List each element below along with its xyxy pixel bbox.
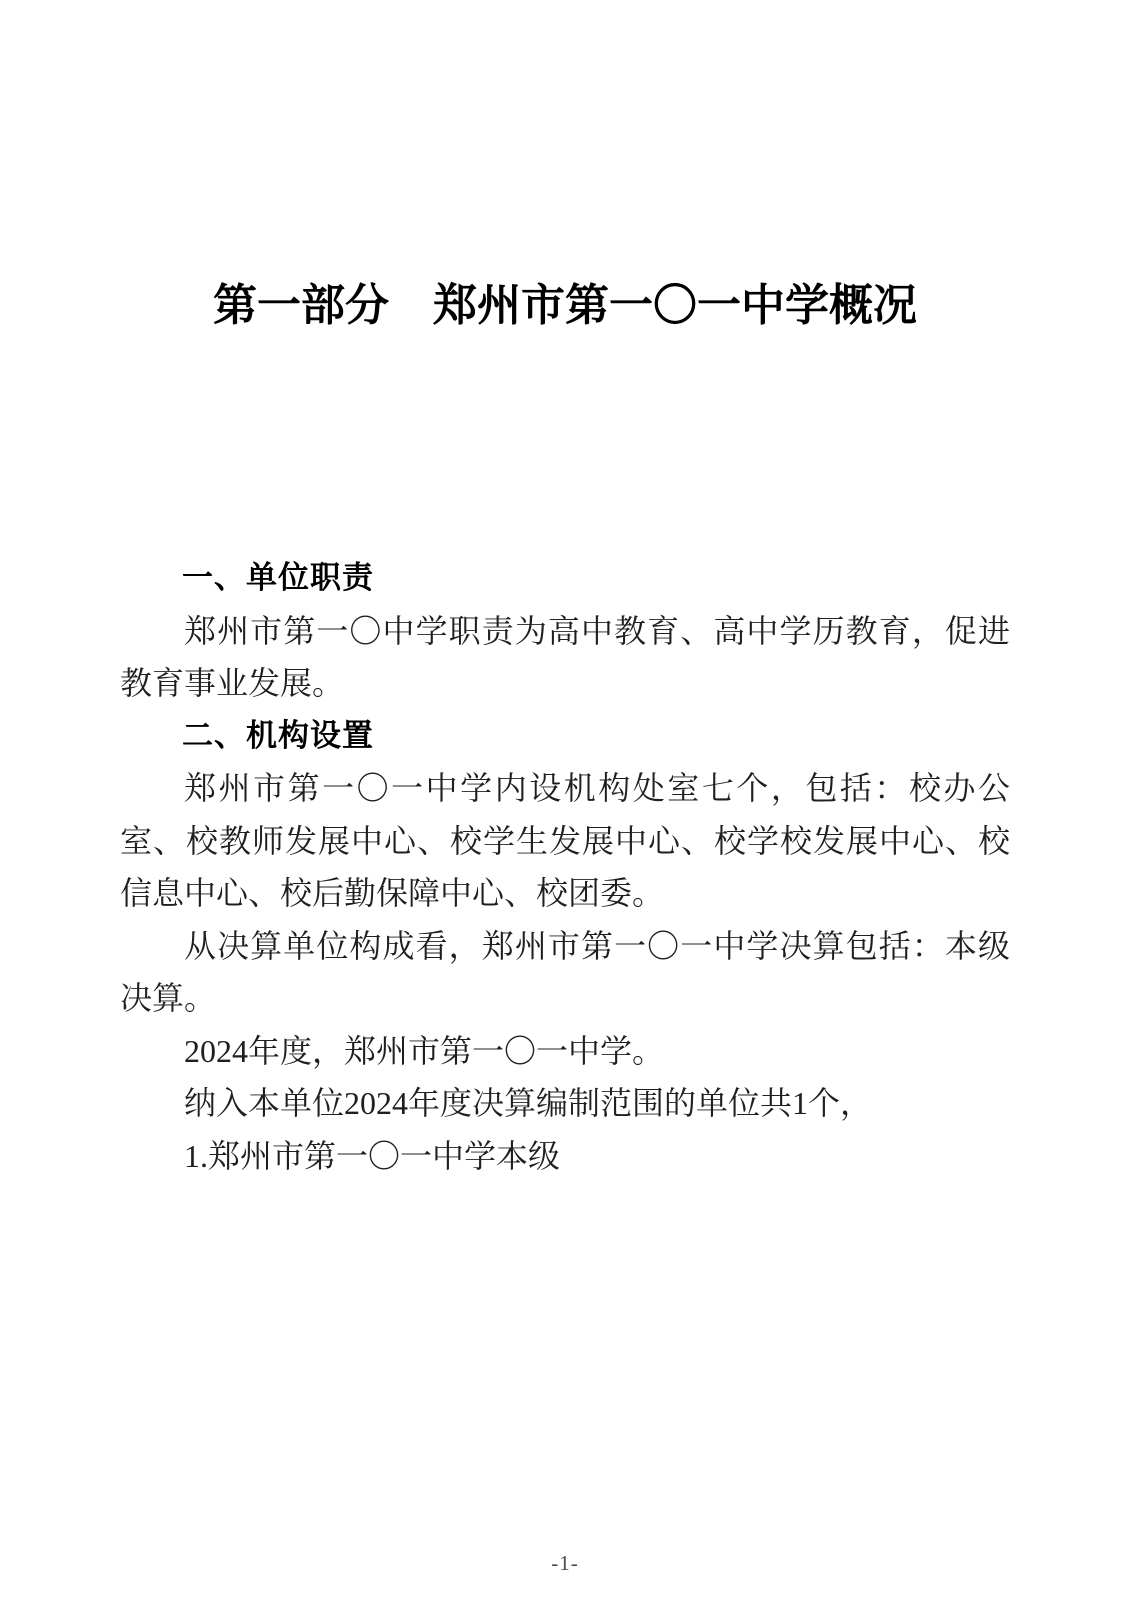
page-number: -1-: [0, 1548, 1130, 1578]
paragraph-units-included-count: 纳入本单位2024年度决算编制范围的单位共1个，: [120, 1077, 1010, 1130]
paragraph-unit-list-item-1: 1.郑州市第一〇一中学本级: [120, 1130, 1010, 1183]
section-heading-unit-duties: 一、单位职责: [120, 552, 1010, 605]
paragraph-unit-duties: 郑州市第一〇中学职责为高中教育、高中学历教育，促进教育事业发展。: [120, 605, 1010, 710]
paragraph-year-2024: 2024年度，郑州市第一〇一中学。: [120, 1025, 1010, 1078]
document-title: 第一部分 郑州市第一〇一中学概况: [0, 280, 1130, 332]
document-page: 第一部分 郑州市第一〇一中学概况 一、单位职责 郑州市第一〇中学职责为高中教育、…: [0, 0, 1130, 1600]
paragraph-final-accounts-composition: 从决算单位构成看，郑州市第一〇一中学决算包括：本级决算。: [120, 920, 1010, 1025]
paragraph-internal-departments: 郑州市第一〇一中学内设机构处室七个，包括：校办公室、校教师发展中心、校学生发展中…: [120, 762, 1010, 920]
section-heading-organization-setup: 二、机构设置: [120, 710, 1010, 763]
document-body: 一、单位职责 郑州市第一〇中学职责为高中教育、高中学历教育，促进教育事业发展。 …: [120, 552, 1010, 1182]
